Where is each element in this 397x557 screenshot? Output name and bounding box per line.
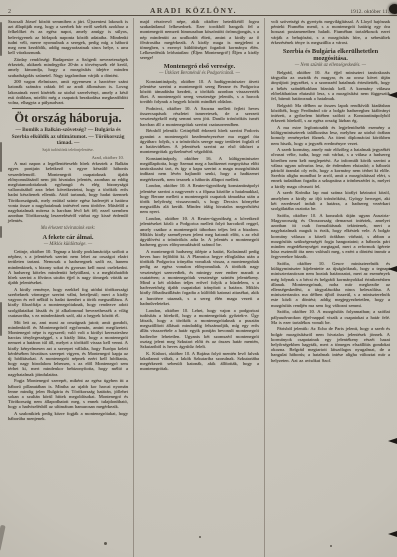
issue-date: 1912. október 11.: [319, 9, 389, 15]
column-right: volt szövetségi és gyertyás megvilágítás…: [264, 18, 395, 557]
newspaper-title: ARADI KÖZLÖNY.: [68, 6, 319, 15]
paragraph: Fogja Montenegró szerepét, miként az egé…: [8, 378, 128, 409]
paragraph: Szófia, október 10. A mozgósítás folyama…: [271, 309, 390, 325]
paragraph: A szerb kormány, amely már előzőleg a ha…: [271, 147, 390, 189]
intro-line: Ma érkezett távirataink ezek:: [8, 226, 128, 231]
section-deck: — Nem szünik az ellenségeskedés. —: [271, 63, 390, 68]
paragraph: Szófia, október 10. Gesov miniszterelnök…: [271, 261, 390, 308]
column-middle: majd résztvevő népe, akik október hetedi…: [133, 18, 264, 557]
newspaper-page: 2 ARADI KÖZLÖNY. 1912. október 11. Szacs…: [0, 0, 397, 557]
paragraph: Párisból jelentik: Az Echo de Paris jele…: [271, 326, 390, 362]
main-headline: Öt ország háboruja.: [8, 112, 128, 125]
byline: Saját tudósítónk telefonjelentése.: [8, 148, 128, 153]
paragraph: A ma estre legfontosabb és legjelentőseb…: [271, 125, 390, 146]
paragraph: London, október 10. Lehet, hogy vajon a …: [140, 308, 259, 350]
section-headline: Szerbia és Bulgária elkerülhetetlen mozg…: [271, 48, 390, 62]
paragraph: Podnivci, október 10. A Szozna mellett f…: [140, 106, 259, 127]
paragraph: A montenegrói hadsereg átlépte a határt,…: [140, 249, 259, 306]
paragraph: Mit lett az, ami most az országnak jutot…: [8, 320, 128, 377]
paragraph: Belgrád: Ma délben az összes lapok rendk…: [271, 103, 390, 124]
paragraph: Cetinje, október 10. Tegnap a király pro…: [8, 249, 128, 285]
section-headline: Montenegró első veresége.: [140, 63, 259, 70]
column-container: Szacsali József között semmiben a járt. …: [0, 16, 397, 557]
paragraph: Belgrád, október 10. Az éjjel miniszteri…: [271, 70, 390, 101]
dateline: Arad, október 10.: [8, 155, 124, 160]
paragraph: London, október 10. A Reuter-ügynökség a…: [140, 216, 259, 247]
paragraph: Szacsali József között semmiben a járt. …: [8, 19, 128, 55]
paragraph: A mai napon a legellentétesebb hírek érk…: [8, 161, 128, 223]
paragraph: Szófia, október 10. A konzulok útján ugy…: [271, 213, 390, 260]
column-rule: [12, 108, 124, 109]
paragraph: Konstantinápoly, október 10. A hadügymin…: [140, 79, 259, 105]
paragraph: A szalonikiek pedig közre fogják a monte…: [8, 411, 128, 421]
paragraph: majd résztvevő népe, akik október hetedi…: [140, 19, 259, 61]
section-deck: — Ütközet Beranénál és Podgoricánál. —: [140, 71, 259, 76]
paragraph: 200 vagon élelmiszer, amit egyenesen a h…: [8, 79, 128, 105]
paragraph: K. Kisbort, október 10. A Bojána folyó m…: [140, 351, 259, 372]
paragraph: Bécsből jelentik: Cetinjéből érkezett hí…: [140, 128, 259, 154]
column-left: Szacsali József között semmiben a járt. …: [2, 18, 133, 557]
paragraph: London, október 10. A Reuter-ügynökség k…: [140, 183, 259, 214]
page-number: 2: [8, 9, 68, 15]
paragraph: Zárday rendőrségi Budapestre a Szögedi n…: [8, 57, 128, 78]
paragraph: A szerb Krónika lap mai száma királyi ké…: [271, 190, 390, 211]
section-headline: A fekete cár álmai.: [8, 234, 128, 241]
headline-deck: — Bomlik a Balkán-szövetség? — Bulgária …: [10, 127, 126, 146]
paragraph: Konstantinápoly, október 16. A külügymin…: [140, 156, 259, 182]
section-deck: — Miklós küldöttsége. —: [8, 242, 128, 247]
paragraph: volt szövetségi és gyertyás megvilágítás…: [271, 19, 390, 45]
paragraph: A király reménye, hogy ezekkel fog utóda…: [8, 287, 128, 318]
masthead: 2 ARADI KÖZLÖNY. 1912. október 11.: [0, 0, 397, 16]
